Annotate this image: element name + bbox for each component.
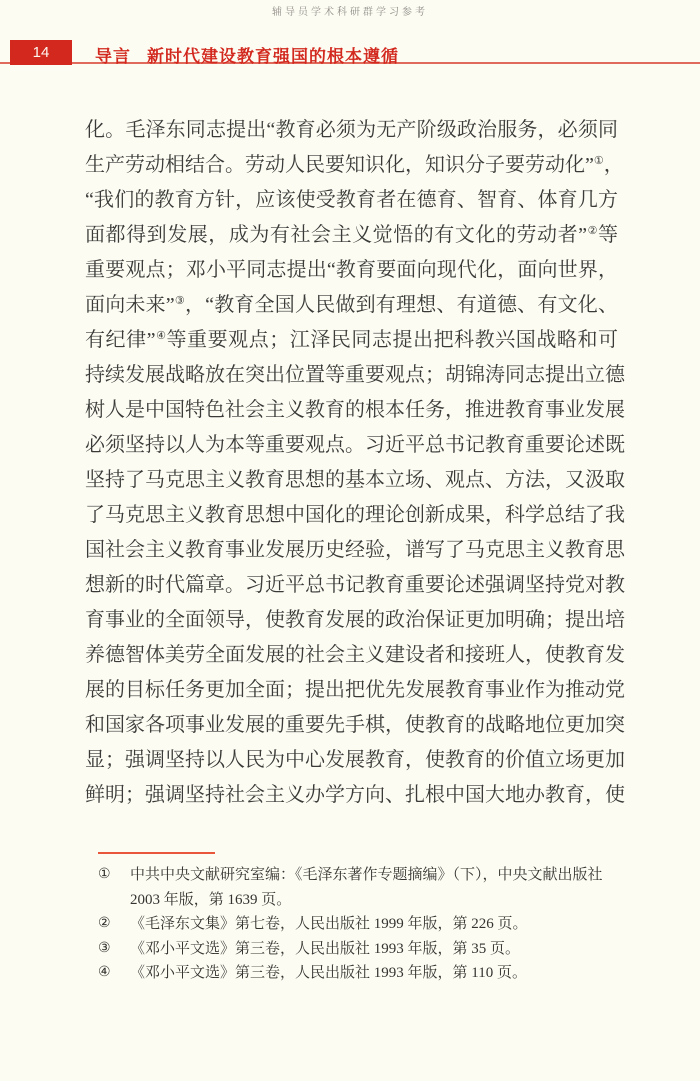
running-head: 辅导员学术科研群学习参考 xyxy=(0,3,700,18)
body-text-line: 有纪律”④等重要观点；江泽民同志提出把科教兴国战略和可 xyxy=(85,323,618,358)
footnote-text: 中共中央文献研究室编：《毛泽东著作专题摘编》（下），中央文献出版社 2003 年… xyxy=(130,863,620,912)
chapter-head: 导言新时代建设教育强国的根本遵循 xyxy=(95,42,399,67)
body-text-line: 必须坚持以人为本等重要观点。习近平总书记教育重要论述既 xyxy=(85,428,618,463)
body-text-line: 和国家各项事业发展的重要先手棋，使教育的战略地位更加突 xyxy=(85,708,618,743)
body-text-line: “我们的教育方针，应该使受教育者在德育、智育、体育几方 xyxy=(85,183,618,218)
body-text-line: 了马克思主义教育思想中国化的理论创新成果，科学总结了我 xyxy=(85,498,618,533)
body-text-line: 想新的时代篇章。习近平总书记教育重要论述强调坚持党对教 xyxy=(85,568,618,603)
body-text-line: 生产劳动相结合。劳动人民要知识化，知识分子要劳动化”①， xyxy=(85,148,618,183)
body-text-line: 面向未来”③，“教育全国人民做到有理想、有道德、有文化、 xyxy=(85,288,618,323)
footnote-list: ① 中共中央文献研究室编：《毛泽东著作专题摘编》（下），中央文献出版社 2003… xyxy=(98,863,620,986)
body-text-line: 养德智体美劳全面发展的社会主义建设者和接班人，使教育发 xyxy=(85,638,618,673)
footnote-item: ① 中共中央文献研究室编：《毛泽东著作专题摘编》（下），中央文献出版社 2003… xyxy=(98,863,620,912)
body-text-line: 国社会主义教育事业发展历史经验，谱写了马克思主义教育思 xyxy=(85,533,618,568)
body-text-line: 化。毛泽东同志提出“教育必须为无产阶级政治服务，必须同 xyxy=(85,113,618,148)
footnote-separator xyxy=(98,852,215,854)
footnote-marker: ③ xyxy=(98,937,130,962)
body-text-line: 育事业的全面领导，使教育发展的政治保证更加明确；提出培 xyxy=(85,603,618,638)
body-text-line: 坚持了马克思主义教育思想的基本立场、观点、方法，又汲取 xyxy=(85,463,618,498)
body-paragraph: 化。毛泽东同志提出“教育必须为无产阶级政治服务，必须同 生产劳动相结合。劳动人民… xyxy=(85,113,618,813)
footnote-item: ② 《毛泽东文集》第七卷，人民出版社 1999 年版，第 226 页。 xyxy=(98,912,620,937)
body-text-line: 面都得到发展，成为有社会主义觉悟的有文化的劳动者”②等 xyxy=(85,218,618,253)
footnote-text: 《毛泽东文集》第七卷，人民出版社 1999 年版，第 226 页。 xyxy=(130,912,620,937)
body-text-line: 持续发展战略放在突出位置等重要观点；胡锦涛同志提出立德 xyxy=(85,358,618,393)
footnote-text: 《邓小平文选》第三卷，人民出版社 1993 年版，第 35 页。 xyxy=(130,937,620,962)
footnote-text: 《邓小平文选》第三卷，人民出版社 1993 年版，第 110 页。 xyxy=(130,961,620,986)
body-text-line: 鲜明；强调坚持社会主义办学方向、扎根中国大地办教育，使 xyxy=(85,778,618,813)
body-text-line: 展的目标任务更加全面；提出把优先发展教育事业作为推动党 xyxy=(85,673,618,708)
footnote-item: ④ 《邓小平文选》第三卷，人民出版社 1993 年版，第 110 页。 xyxy=(98,961,620,986)
body-text-line: 树人是中国特色社会主义教育的根本任务，推进教育事业发展 xyxy=(85,393,618,428)
chapter-title: 新时代建设教育强国的根本遵循 xyxy=(147,47,399,66)
body-text-line: 显；强调坚持以人民为中心发展教育，使教育的价值立场更加 xyxy=(85,743,618,778)
page-number: 14 xyxy=(33,44,50,61)
footnote-item: ③ 《邓小平文选》第三卷，人民出版社 1993 年版，第 35 页。 xyxy=(98,937,620,962)
footnote-marker: ① xyxy=(98,863,130,888)
book-page: 辅导员学术科研群学习参考 14 导言新时代建设教育强国的根本遵循 化。毛泽东同志… xyxy=(0,0,700,1081)
footnote-marker: ② xyxy=(98,912,130,937)
footnote-marker: ④ xyxy=(98,961,130,986)
page-number-badge: 14 xyxy=(10,40,72,65)
chapter-label: 导言 xyxy=(95,47,131,66)
body-text-line: 重要观点；邓小平同志提出“教育要面向现代化，面向世界， xyxy=(85,253,618,288)
